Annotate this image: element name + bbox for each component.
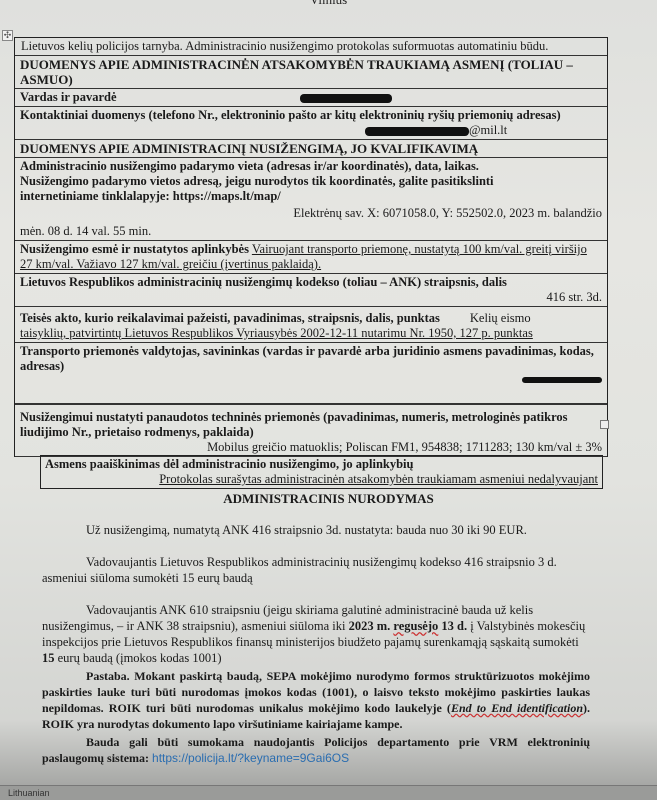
- explanation-value: Protokolas surašytas administracinėn ats…: [45, 472, 598, 487]
- redacted-email: [365, 127, 469, 136]
- law-value-2: taisyklių, patvirtintų Lietuvos Respubli…: [20, 326, 602, 341]
- table-move-handle-icon[interactable]: ✣: [2, 30, 13, 41]
- law-row: Teisės akto, kurio reikalavimai pažeisti…: [15, 307, 607, 343]
- essence-label: Nusižengimo esmė ir nustatytos aplinkybė…: [20, 242, 249, 256]
- name-row: Vardas ir pavardė: [15, 89, 607, 107]
- explanation-box: Asmens paaiškinimas dėl administracinio …: [40, 455, 603, 489]
- place-value: Elektrėnų sav. X: 6071058.0, Y: 552502.0…: [20, 206, 602, 221]
- owner-label: Transporto priemonės valdytojas, savinin…: [20, 344, 602, 374]
- explanation-label: Asmens paaiškinimas dėl administracinio …: [45, 457, 598, 472]
- note-italic: End to End identification: [451, 701, 583, 715]
- place-value-date: mėn. 08 d. 14 val. 55 min.: [20, 224, 602, 239]
- contacts-value: @mil.lt: [20, 123, 602, 138]
- page-title: Vilnius: [0, 0, 657, 8]
- fine-amount: 15: [42, 651, 55, 665]
- deadline-year: 2023 m.: [349, 619, 391, 633]
- payment-link[interactable]: https://policija.lt/?keyname=9Gai6OS: [152, 751, 349, 765]
- order-paragraph-3: Vadovaujantis ANK 610 straipsniu (jeigu …: [42, 602, 590, 666]
- place-row: Administracinio nusižengimo padarymo vie…: [15, 158, 607, 241]
- device-value: Mobilus greičio matuoklis; Poliscan FM1,…: [20, 440, 602, 455]
- redacted-owner: [522, 377, 602, 383]
- place-label: Administracinio nusižengimo padarymo vie…: [20, 159, 602, 204]
- payment-note: Pastaba. Mokant paskirtą baudą, SEPA mok…: [42, 668, 590, 732]
- order-heading: ADMINISTRACINIS NURODYMAS: [0, 491, 657, 507]
- status-bar: Lithuanian: [0, 785, 657, 800]
- p3-text-c: eurų baudą (įmokos kodas 1001): [55, 651, 222, 665]
- protocol-table: Lietuvos kelių policijos tarnyba. Admini…: [14, 37, 608, 457]
- redacted-name: [300, 94, 392, 103]
- ank-row: Lietuvos Respublikos administracinių nus…: [15, 274, 607, 307]
- law-label: Teisės akto, kurio reikalavimai pažeisti…: [20, 311, 440, 325]
- contacts-label: Kontaktiniai duomenys (telefono Nr., ele…: [20, 108, 602, 123]
- name-label: Vardas ir pavardė: [20, 90, 117, 104]
- deadline-month: regusėjo: [393, 619, 438, 633]
- email-suffix: @mil.lt: [469, 123, 507, 137]
- owner-row: Transporto priemonės valdytojas, savinin…: [15, 343, 607, 404]
- device-label: Nusižengimui nustatyti panaudotos techni…: [20, 410, 602, 440]
- header-note: Lietuvos kelių policijos tarnyba. Admini…: [15, 38, 607, 56]
- payment-info: Bauda gali būti sumokama naudojantis Pol…: [42, 734, 590, 766]
- offence-section-title: DUOMENYS APIE ADMINISTRACINĮ NUSIŽENGIMĄ…: [15, 140, 607, 158]
- contacts-row: Kontaktiniai duomenys (telefono Nr., ele…: [15, 107, 607, 140]
- ank-label: Lietuvos Respublikos administracinių nus…: [20, 275, 602, 290]
- ank-value: 416 str. 3d.: [20, 290, 602, 305]
- order-paragraph-1: Už nusižengimą, numatytą ANK 416 straips…: [42, 522, 590, 538]
- language-indicator[interactable]: Lithuanian: [8, 788, 50, 798]
- essence-row: Nusižengimo esmė ir nustatytos aplinkybė…: [15, 241, 607, 274]
- deadline-day: 13 d.: [441, 619, 467, 633]
- table-resize-handle-icon[interactable]: [600, 420, 609, 429]
- device-row: Nusižengimui nustatyti panaudotos techni…: [15, 404, 607, 457]
- law-value-1: Kelių eismo: [470, 311, 531, 325]
- person-section-title: DUOMENYS APIE ADMINISTRACINĖN ATSAKOMYBĖ…: [15, 56, 607, 89]
- order-paragraph-2: Vadovaujantis Lietuvos Respublikos admin…: [42, 554, 590, 586]
